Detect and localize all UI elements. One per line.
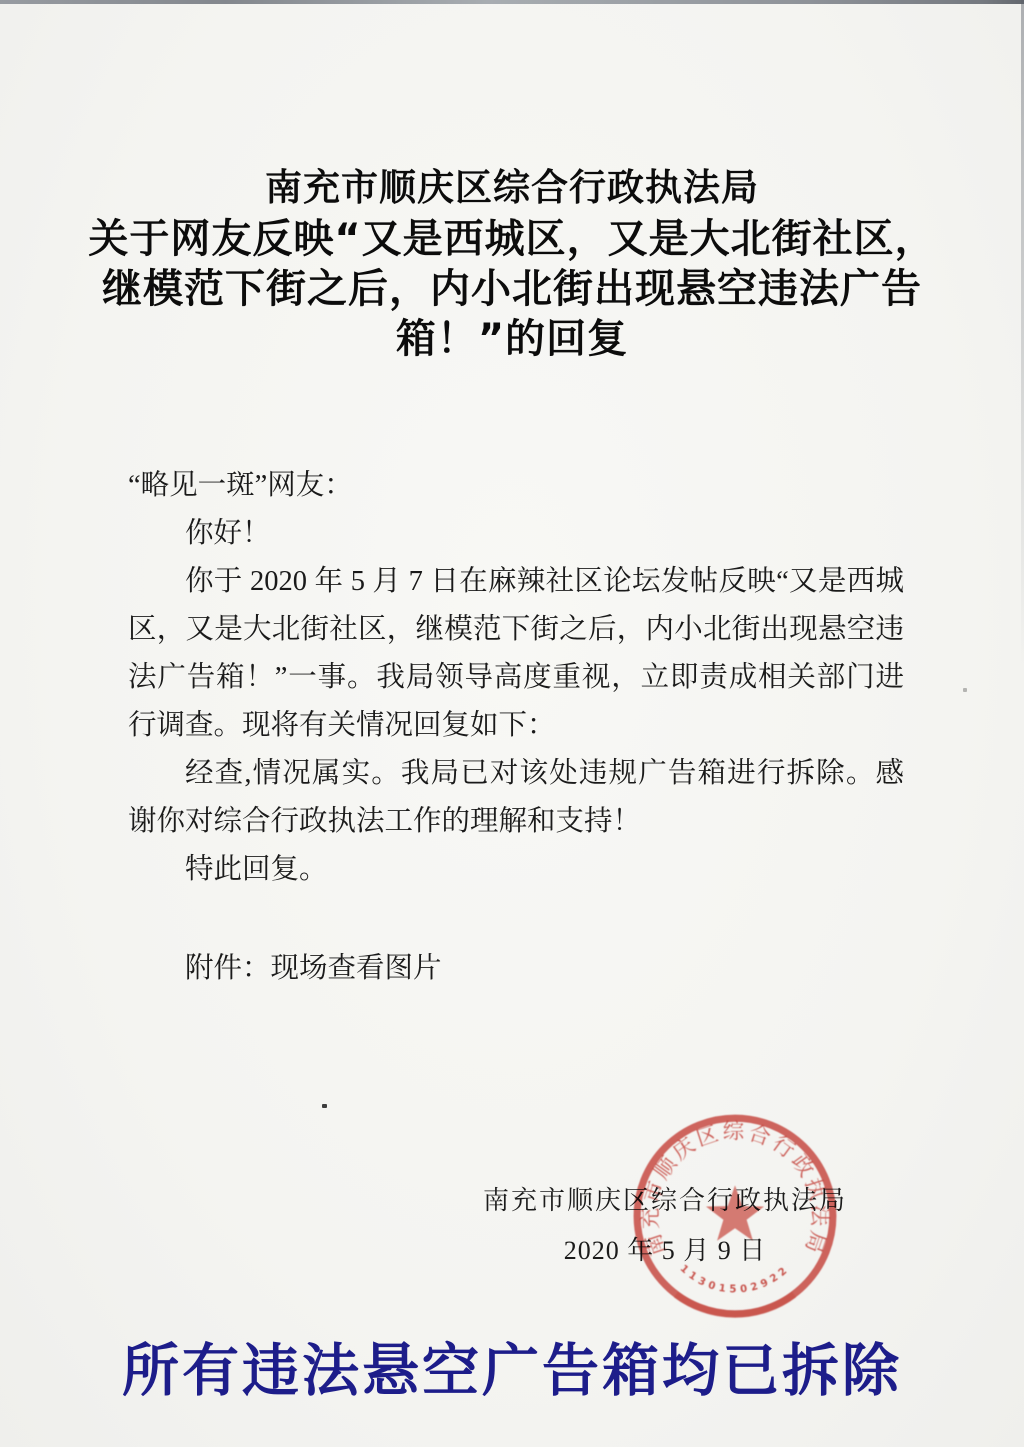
seal-star-icon bbox=[706, 1185, 764, 1240]
seal-smear bbox=[676, 1294, 794, 1314]
bottom-banner-text: 所有违法悬空广告箱均已拆除 bbox=[0, 1338, 1024, 1404]
official-seal: 南充市顺庆区综合行政执法局 5113015029225 bbox=[630, 1110, 840, 1322]
title-line: 关于网友反映“又是西城区，又是大北街社区， bbox=[0, 214, 1024, 264]
body-paragraph: 经查,情况属实。我局已对该处违规广告箱进行拆除。感谢你对综合行政执法工作的理解和… bbox=[128, 750, 904, 846]
title-line: 继模范下街之后，内小北街出现悬空违法广告 bbox=[0, 264, 1024, 314]
scan-speck bbox=[963, 688, 967, 692]
attachment-note: 附件：现场查看图片 bbox=[128, 945, 904, 993]
letter-title: 南充市顺庆区综合行政执法局 关于网友反映“又是西城区，又是大北街社区， 继模范下… bbox=[0, 162, 1024, 364]
greeting: 你好！ bbox=[128, 510, 904, 558]
title-line: 南充市顺庆区综合行政执法局 bbox=[0, 162, 1024, 214]
body-paragraph: 你于 2020 年 5 月 7 日在麻辣社区论坛发帖反映“又是西城区，又是大北街… bbox=[128, 558, 904, 750]
scan-speck bbox=[322, 1104, 327, 1108]
scanned-letter-page: 南充市顺庆区综合行政执法局 关于网友反映“又是西城区，又是大北街社区， 继模范下… bbox=[0, 0, 1024, 1447]
scan-edge-artifact-top bbox=[0, 0, 1024, 4]
body-paragraph: 特此回复。 bbox=[128, 846, 904, 894]
letter-body: “略见一斑”网友： 你好！ 你于 2020 年 5 月 7 日在麻辣社区论坛发帖… bbox=[128, 462, 904, 993]
salutation: “略见一斑”网友： bbox=[128, 462, 904, 510]
title-line: 箱！”的回复 bbox=[0, 314, 1024, 364]
